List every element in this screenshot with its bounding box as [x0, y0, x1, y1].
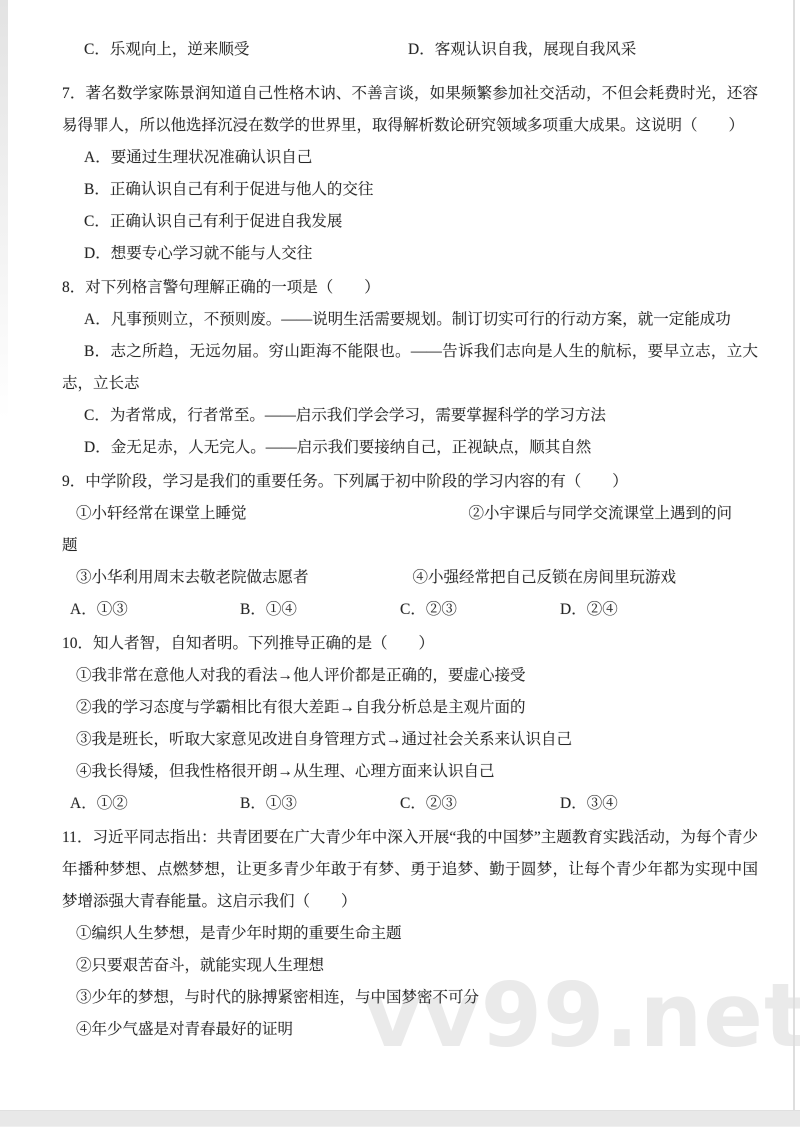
question11-stem: 11．习近平同志指出：共青团要在广大青少年中深入开展“我的中国梦”主题教育实践活…: [62, 822, 758, 918]
question11-item1: ①编织人生梦想，是青少年时期的重要生命主题: [62, 918, 758, 950]
question6-option-d: D．客观认识自我，展现自我风采: [408, 34, 636, 66]
question11-item4: ④年少气盛是对青春最好的证明: [62, 1014, 758, 1046]
question10-answer-d: D．③④: [560, 788, 758, 820]
question11-item3: ③少年的梦想，与时代的脉搏紧密相连，与中国梦密不可分: [62, 982, 758, 1014]
question10-item1: ①我非常在意他人对我的看法→他人评价都是正确的，要虚心接受: [62, 660, 758, 692]
question8-option-c: C．为者常成，行者常至。——启示我们学会学习，需要掌握科学的学习方法: [62, 400, 758, 432]
column-gap: [309, 581, 413, 582]
question7-option-c: C．正确认识自己有利于促进自我发展: [62, 206, 758, 238]
question6-options-row: C．乐观向上，逆来顺受 D．客观认识自我，展现自我风采: [62, 34, 758, 66]
question9-item2-continuation: 题: [62, 530, 758, 562]
question7-option-b: B．正确认识自己有利于促进与他人的交往: [62, 174, 758, 206]
question9-items-row2: ③小华利用周末去敬老院做志愿者④小强经常把自己反锁在房间里玩游戏: [62, 562, 758, 594]
question9-items-row1: ①小轩经常在课堂上睡觉②小宇课后与同学交流课堂上遇到的问: [62, 498, 758, 530]
exam-page-content: C．乐观向上，逆来顺受 D．客观认识自我，展现自我风采 7．著名数学家陈景润知道…: [0, 0, 800, 1137]
question7-option-d: D．想要专心学习就不能与人交往: [62, 238, 758, 270]
question8-stem: 8．对下列格言警句理解正确的一项是（ ）: [62, 272, 758, 304]
question10-answer-b: B．①③: [240, 788, 400, 820]
question10-item2: ②我的学习态度与学霸相比有很大差距→自我分析总是主观片面的: [62, 692, 758, 724]
question10-answer-a: A．①②: [70, 788, 240, 820]
question10-answer-c: C．②③: [400, 788, 560, 820]
question9-item3: ③小华利用周末去敬老院做志愿者: [76, 569, 309, 586]
question9-answer-c: C．②③: [400, 594, 560, 626]
question8-option-a: A．凡事预则立，不预则废。——说明生活需要规划。制订切实可行的行动方案，就一定能…: [62, 304, 758, 336]
question8-option-b: B．志之所趋，无远勿届。穷山距海不能限也。——告诉我们志向是人生的航标，要早立志…: [62, 336, 758, 400]
page-scan-edge-right: [793, 0, 795, 1110]
question11-item2: ②只要艰苦奋斗，就能实现人生理想: [62, 950, 758, 982]
question10-item3: ③我是班长，听取大家意见改进自身管理方式→通过社会关系来认识自己: [62, 724, 758, 756]
question7-option-a: A．要通过生理状况准确认识自己: [62, 142, 758, 174]
question10-item4: ④我长得矮，但我性格很开朗→从生理、心理方面来认识自己: [62, 756, 758, 788]
question7-stem: 7．著名数学家陈景润知道自己性格木讷、不善言谈，如果频繁参加社交活动，不但会耗费…: [62, 78, 758, 142]
question9-item1: ①小轩经常在课堂上睡觉: [76, 505, 247, 522]
question9-answers-row: A．①③ B．①④ C．②③ D．②④: [62, 594, 758, 626]
question9-item2: ②小宇课后与同学交流课堂上遇到的问: [469, 505, 733, 522]
page-break-band: [0, 1110, 800, 1127]
question9-answer-b: B．①④: [240, 594, 400, 626]
column-gap: [247, 517, 469, 518]
question9-answer-d: D．②④: [560, 594, 758, 626]
question10-stem: 10．知人者智，自知者明。下列推导正确的是（ ）: [62, 628, 758, 660]
question9-stem: 9．中学阶段，学习是我们的重要任务。下列属于初中阶段的学习内容的有（ ）: [62, 466, 758, 498]
page-scan-edge-left: [0, 0, 8, 420]
question8-option-d: D．金无足赤，人无完人。——启示我们要接纳自己，正视缺点，顺其自然: [62, 432, 758, 464]
question10-answers-row: A．①② B．①③ C．②③ D．③④: [62, 788, 758, 820]
question9-item4: ④小强经常把自己反锁在房间里玩游戏: [413, 569, 677, 586]
question6-option-c: C．乐观向上，逆来顺受: [84, 34, 408, 66]
question9-answer-a: A．①③: [70, 594, 240, 626]
